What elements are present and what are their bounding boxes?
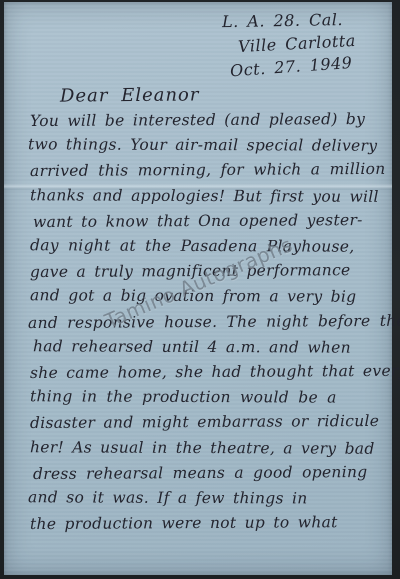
body-line: her! As usual in the theatre, a very bad: [30, 435, 372, 462]
letter-photograph: L. A. 28. Cal. Ville Carlotta Oct. 27. 1…: [0, 0, 400, 579]
body-line: the production were not up to what: [30, 510, 372, 537]
body-line: and responsive house. The night before t…: [28, 309, 372, 336]
letter-body: You will be interested (and pleased) by …: [30, 108, 372, 536]
body-line: You will be interested (and pleased) by: [30, 107, 372, 134]
letter-heading: L. A. 28. Cal. Ville Carlotta Oct. 27. 1…: [222, 9, 356, 78]
body-line: had rehearsed until 4 a.m. and when: [33, 334, 372, 361]
body-line: want to know that Ona opened yester-: [33, 208, 372, 235]
body-line: disaster and might embarrass or ridicule: [30, 409, 372, 436]
body-line: thing in the production would be a: [30, 384, 372, 411]
body-line: gave a truly magnificent performance: [30, 258, 372, 285]
body-line: and so it was. If a few things in: [28, 485, 372, 512]
salutation: Dear Eleanor: [60, 84, 200, 106]
body-line: arrived this morning, for which a millio…: [30, 157, 372, 184]
body-line: day night at the Pasadena Playhouse,: [30, 233, 372, 260]
body-line: thanks and appologies! But first you wil…: [30, 183, 372, 210]
body-line: two things. Your air-mail special delive…: [28, 132, 372, 159]
body-line: she came home, she had thought that ever…: [30, 359, 372, 386]
body-line: dress rehearsal means a good opening: [33, 460, 372, 487]
body-line: and got a big ovation from a very big: [30, 284, 372, 311]
letter-paper: L. A. 28. Cal. Ville Carlotta Oct. 27. 1…: [4, 2, 392, 575]
